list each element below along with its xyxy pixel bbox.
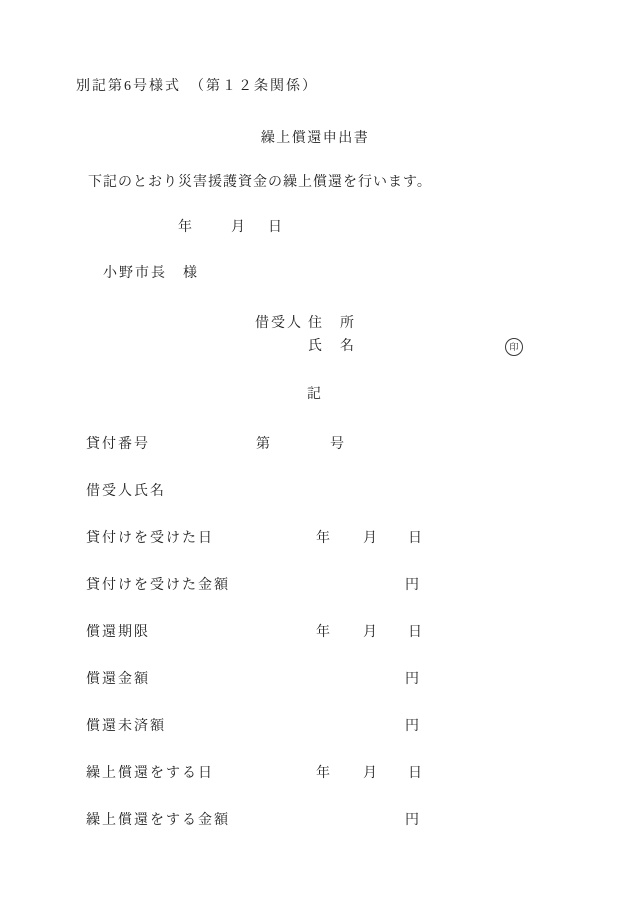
intro-text: 下記のとおり災害援護資金の繰上償還を行います。: [88, 176, 432, 190]
form-row-loan-amount: 貸付けを受けた金額 円: [0, 574, 630, 594]
form-row-early-repayment-date: 繰上償還をする日 年 月 日: [0, 762, 630, 782]
row-unit-yen: 円: [405, 574, 421, 594]
row-year-label: 年: [316, 762, 332, 782]
row-year-label: 年: [316, 527, 332, 547]
row-day-label: 日: [408, 762, 424, 782]
row-day-label: 日: [408, 527, 424, 547]
form-row-outstanding-amount: 償還未済額 円: [0, 715, 630, 735]
row-label: 繰上償還をする金額: [86, 809, 230, 829]
form-row-early-repayment-amount: 繰上償還をする金額 円: [0, 809, 630, 829]
date-day-label: 日: [268, 221, 284, 235]
row-unit-yen: 円: [405, 715, 421, 735]
addressee-honorific: 様: [183, 267, 199, 281]
row-month-label: 月: [363, 527, 379, 547]
borrower-address-label: 住 所: [308, 317, 356, 331]
document-page: 別記第6号様式 （第１２条関係） 繰上償還申出書 下記のとおり災害援護資金の繰上…: [0, 0, 630, 903]
borrower-name-label: 氏 名: [308, 340, 356, 354]
form-row-loan-date: 貸付けを受けた日 年 月 日: [0, 527, 630, 547]
row-label: 借受人氏名: [86, 480, 166, 500]
row-label: 償還金額: [86, 668, 150, 688]
row-label: 償還未済額: [86, 715, 166, 735]
form-row-repayment-amount: 償還金額 円: [0, 668, 630, 688]
seal-mark-icon: 印: [505, 338, 523, 356]
date-year-label: 年: [178, 221, 194, 235]
row-day-label: 日: [408, 621, 424, 641]
row-month-label: 月: [363, 621, 379, 641]
row-label: 貸付けを受けた金額: [86, 574, 230, 594]
form-number-note: 別記第6号様式 （第１２条関係）: [76, 80, 318, 94]
row-label: 貸付けを受けた日: [86, 527, 214, 547]
borrower-label: 借受人: [255, 317, 303, 331]
row-suffix-gou: 号: [330, 433, 346, 453]
document-title: 繰上償還申出書: [0, 132, 630, 146]
form-row-repayment-deadline: 償還期限 年 月 日: [0, 621, 630, 641]
row-label: 償還期限: [86, 621, 150, 641]
addressee-name: 小野市長: [103, 267, 167, 281]
row-year-label: 年: [316, 621, 332, 641]
row-unit-yen: 円: [405, 668, 421, 688]
form-row-borrower-name: 借受人氏名: [0, 480, 630, 500]
section-marker: 記: [0, 388, 630, 402]
row-label: 繰上償還をする日: [86, 762, 214, 782]
date-month-label: 月: [231, 221, 247, 235]
row-prefix-dai: 第: [256, 433, 272, 453]
row-label: 貸付番号: [86, 433, 150, 453]
row-month-label: 月: [363, 762, 379, 782]
form-row-loan-number: 貸付番号 第 号: [0, 433, 630, 453]
row-unit-yen: 円: [405, 809, 421, 829]
